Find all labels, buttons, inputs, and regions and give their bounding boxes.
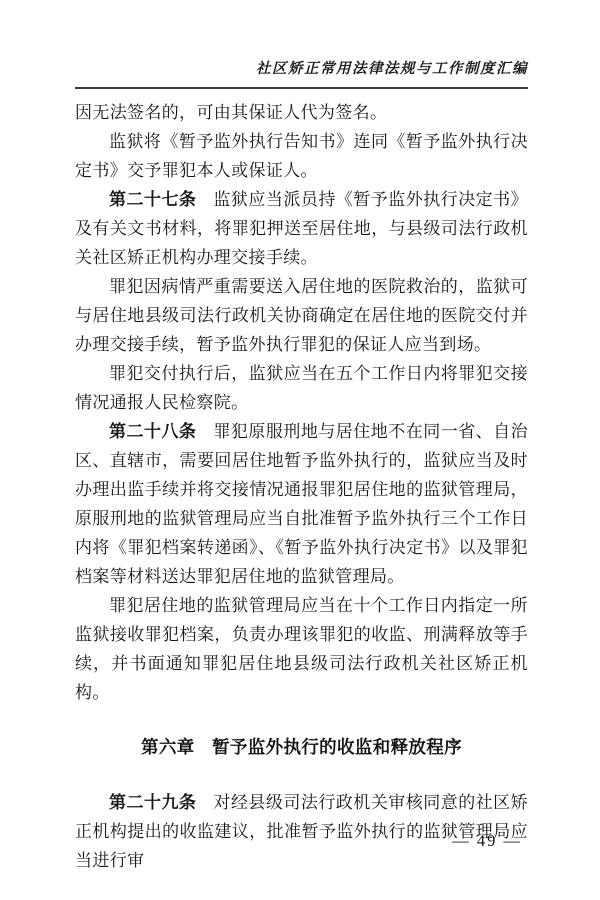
paragraph-text: 因无法签名的，可由其保证人代为签名。 [75,103,387,122]
document-page: 社区矫正常用法律法规与工作制度汇编 因无法签名的，可由其保证人代为签名。 监狱将… [0,0,600,900]
chapter-title: 暂予监外执行的收监和释放程序 [212,737,462,757]
para-article-28: 第二十八条罪犯原服刑地与居住地不在同一省、自治区、直辖市，需要回居住地暂予监外执… [75,417,528,591]
paragraph-text: 罪犯原服刑地与居住地不在同一省、自治区、直辖市，需要回居住地暂予监外执行的，监狱… [75,422,528,586]
paragraph-text: 罪犯交付执行后，监狱应当在五个工作日内将罪犯交接情况通报人民检察院。 [75,364,528,412]
page-number: — 49 — [452,831,522,851]
para-hospital-handover: 罪犯因病情严重需要送入居住地的医院救治的，监狱可与居住地县级司法行政机关协商确定… [75,272,528,359]
chapter-6-heading: 第六章暂予监外执行的收监和释放程序 [75,733,528,762]
paragraph-text: 罪犯因病情严重需要送入居住地的医院救治的，监狱可与居住地县级司法行政机关协商确定… [75,277,528,354]
page-body: 因无法签名的，可由其保证人代为签名。 监狱将《暂予监外执行告知书》连同《暂予监外… [75,98,528,875]
para-notice-delivery: 监狱将《暂予监外执行告知书》连同《暂予监外执行决定书》交予罪犯本人或保证人。 [75,127,528,185]
article-number: 第二十七条 [109,190,196,209]
article-number: 第二十八条 [109,422,196,441]
para-article-27: 第二十七条监狱应当派员持《暂予监外执行决定书》及有关文书材料，将罪犯押送至居住地… [75,185,528,272]
paragraph-text: 罪犯居住地的监狱管理局应当在十个工作日内指定一所监狱接收罪犯档案，负责办理该罪犯… [75,596,528,702]
paragraph-text: 监狱将《暂予监外执行告知书》连同《暂予监外执行决定书》交予罪犯本人或保证人。 [75,132,528,180]
para-archive-prison-designation: 罪犯居住地的监狱管理局应当在十个工作日内指定一所监狱接收罪犯档案，负责办理该罪犯… [75,591,528,707]
para-signature-continuation: 因无法签名的，可由其保证人代为签名。 [75,98,528,127]
running-header: 社区矫正常用法律法规与工作制度汇编 [75,0,528,89]
chapter-number: 第六章 [141,737,195,757]
para-procuratorate-notify: 罪犯交付执行后，监狱应当在五个工作日内将罪犯交接情况通报人民检察院。 [75,359,528,417]
article-number: 第二十九条 [109,793,196,812]
